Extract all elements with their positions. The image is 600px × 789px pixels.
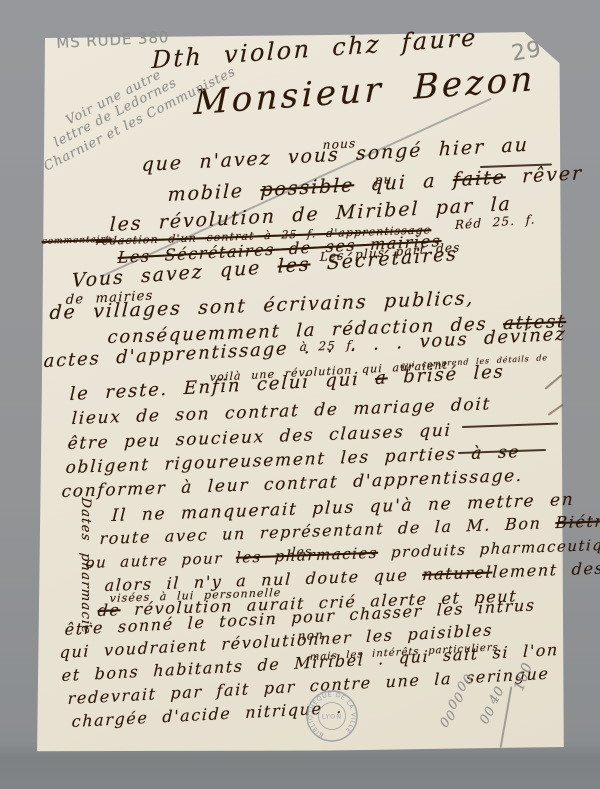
library-stamp: BIBLIOTHEQUE DE LA VILLE LYON [303, 687, 361, 745]
stamp-center-text: LYON [322, 713, 342, 721]
manuscript-photo: MS RUDE 38029Dth violon chz faureMonsieu… [0, 0, 600, 789]
letter-paper [36, 30, 567, 752]
